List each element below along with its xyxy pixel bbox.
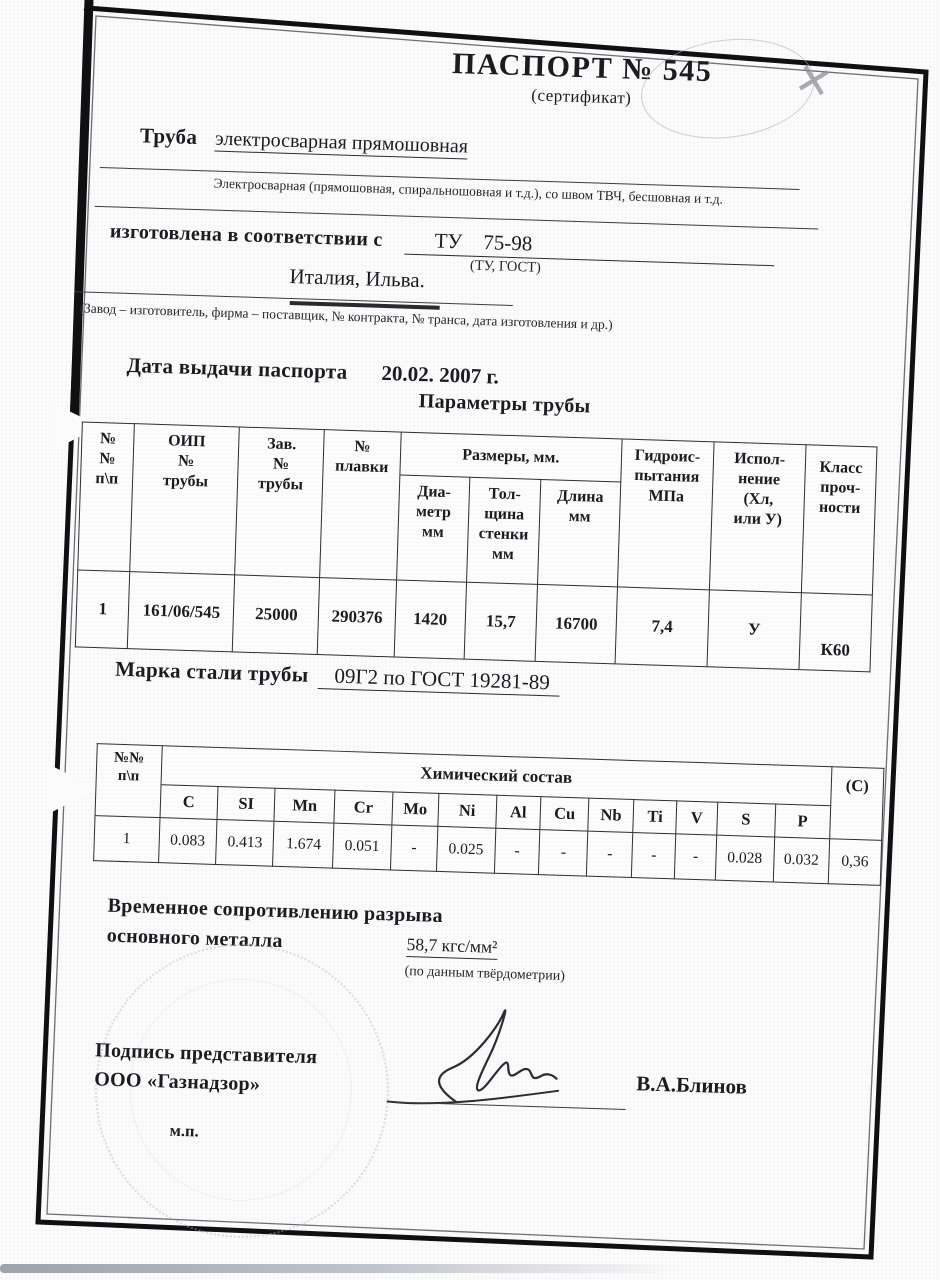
made-hint: (ТУ, ГОСТ) bbox=[470, 258, 541, 277]
chem-el-cr: Cr bbox=[334, 790, 392, 825]
cell-npp: 1 bbox=[75, 570, 130, 649]
seal-place-label: м.п. bbox=[169, 1121, 199, 1142]
chemical-composition-table: №№ п\п Химический состав (С) C SI Mn Cr … bbox=[93, 743, 884, 886]
chem-cell-c-total: 0,36 bbox=[828, 839, 881, 886]
chem-cell-al: - bbox=[494, 828, 540, 874]
made-value: ТУ 75-98 bbox=[404, 228, 775, 267]
maker-value: Италия, Ильва. bbox=[289, 264, 425, 293]
chem-cell-c: 0.083 bbox=[158, 818, 217, 865]
cell-oip: 161/06/545 bbox=[128, 572, 235, 652]
steel-label: Марка стали трубы bbox=[115, 657, 309, 687]
col-header-gidro: Гидроис- пытания МПа bbox=[617, 439, 714, 590]
document-content: ПАСПОРТ № 545 (сертификат) ✕ Труба элект… bbox=[1, 4, 910, 1271]
signatory-name: В.А.Блинов bbox=[636, 1071, 747, 1099]
steel-value: 09Г2 по ГОСТ 19281-89 bbox=[318, 663, 560, 697]
made-label: изготовлена в соответствии с bbox=[110, 220, 383, 251]
chem-cell-ti: - bbox=[632, 833, 677, 879]
chem-cell-ni: 0.025 bbox=[437, 826, 496, 873]
chem-el-p: P bbox=[775, 804, 831, 839]
chem-cell-v: - bbox=[675, 834, 717, 880]
signature-block: Подпись представителя ООО «Газнадзор» bbox=[94, 1036, 318, 1101]
chem-cell-cu: - bbox=[539, 830, 588, 876]
pipe-type-line: Труба электросварная прямошовная bbox=[140, 123, 469, 158]
cell-gidro: 7,4 bbox=[615, 587, 710, 667]
issue-line: Дата выдачи паспорта 20.02. 2007 г. bbox=[126, 353, 499, 390]
col-header-npp: № № п\п bbox=[78, 422, 135, 572]
chem-el-cu: Cu bbox=[540, 797, 589, 831]
chem-cell-mo: - bbox=[390, 825, 438, 871]
chem-el-nb: Nb bbox=[588, 798, 634, 832]
chem-el-s: S bbox=[716, 802, 775, 837]
cell-ispolnenie: У bbox=[707, 590, 802, 670]
chem-el-al: Al bbox=[495, 795, 541, 829]
strength-hint: (по данным твёрдометрии) bbox=[370, 963, 600, 986]
col-header-oip: ОИП № трубы bbox=[130, 424, 240, 575]
cell-klass: К60 bbox=[799, 593, 872, 672]
pipe-label: Труба bbox=[140, 123, 198, 149]
col-header-klass: Класс проч- ности bbox=[802, 445, 877, 595]
cell-tolshchina: 15,7 bbox=[464, 582, 538, 661]
chem-el-si: SI bbox=[217, 786, 275, 821]
cell-plavka: 290376 bbox=[318, 578, 397, 657]
issue-date: 20.02. 2007 г. bbox=[381, 361, 499, 389]
pipe-value: электросварная прямошовная bbox=[215, 128, 469, 160]
chem-cell-nb: - bbox=[587, 831, 633, 877]
col-header-dlina: Длина мм bbox=[538, 479, 621, 586]
scanner-artifact-band bbox=[0, 1264, 680, 1273]
chem-el-v: V bbox=[676, 801, 717, 835]
chem-cell-s: 0.028 bbox=[715, 835, 775, 882]
made-line: изготовлена в соответствии с ТУ 75-98 bbox=[109, 218, 774, 266]
chem-cell-si: 0.413 bbox=[216, 819, 275, 866]
chem-cell-cr: 0.051 bbox=[333, 823, 392, 870]
chem-header-npp: №№ п\п bbox=[95, 744, 162, 818]
chem-el-mn: Mn bbox=[274, 788, 335, 823]
cell-diametr: 1420 bbox=[394, 580, 466, 659]
chem-el-c: C bbox=[160, 785, 218, 820]
cell-dlina: 16700 bbox=[535, 584, 617, 663]
col-header-diametr: Диа- метр мм bbox=[396, 475, 469, 582]
col-header-plavka: № плавки bbox=[320, 430, 401, 580]
col-header-razmery: Размеры, мм. bbox=[400, 432, 622, 482]
chem-el-ti: Ti bbox=[633, 800, 677, 834]
strength-value: 58,7 кгс/мм² bbox=[406, 934, 497, 960]
col-header-tolshchina: Тол- щина стенки мм bbox=[466, 477, 541, 584]
col-header-zav: Зав. № трубы bbox=[235, 427, 325, 578]
cell-zav: 25000 bbox=[233, 575, 320, 655]
issue-label: Дата выдачи паспорта bbox=[126, 353, 348, 384]
chem-cell-p: 0.032 bbox=[773, 837, 829, 884]
chem-header-c-total: (С) bbox=[830, 767, 884, 841]
scanned-page: ПАСПОРТ № 545 (сертификат) ✕ Труба элект… bbox=[0, 0, 940, 1280]
steel-line: Марка стали трубы 09Г2 по ГОСТ 19281-89 bbox=[115, 657, 561, 696]
params-title: Параметры трубы bbox=[324, 387, 685, 421]
pipe-parameters-table: № № п\п ОИП № трубы Зав. № трубы № плавк… bbox=[75, 422, 878, 673]
chem-el-ni: Ni bbox=[438, 793, 496, 828]
chem-cell-mn: 1.674 bbox=[273, 821, 334, 868]
col-header-ispolnenie: Испол- нение (Хл, или У) bbox=[709, 442, 806, 593]
scanned-certificate: { "header": { "title": "ПАСПОРТ № 545", … bbox=[0, 0, 940, 1280]
chem-cell-npp: 1 bbox=[94, 816, 160, 863]
chem-el-mo: Mo bbox=[392, 792, 439, 826]
